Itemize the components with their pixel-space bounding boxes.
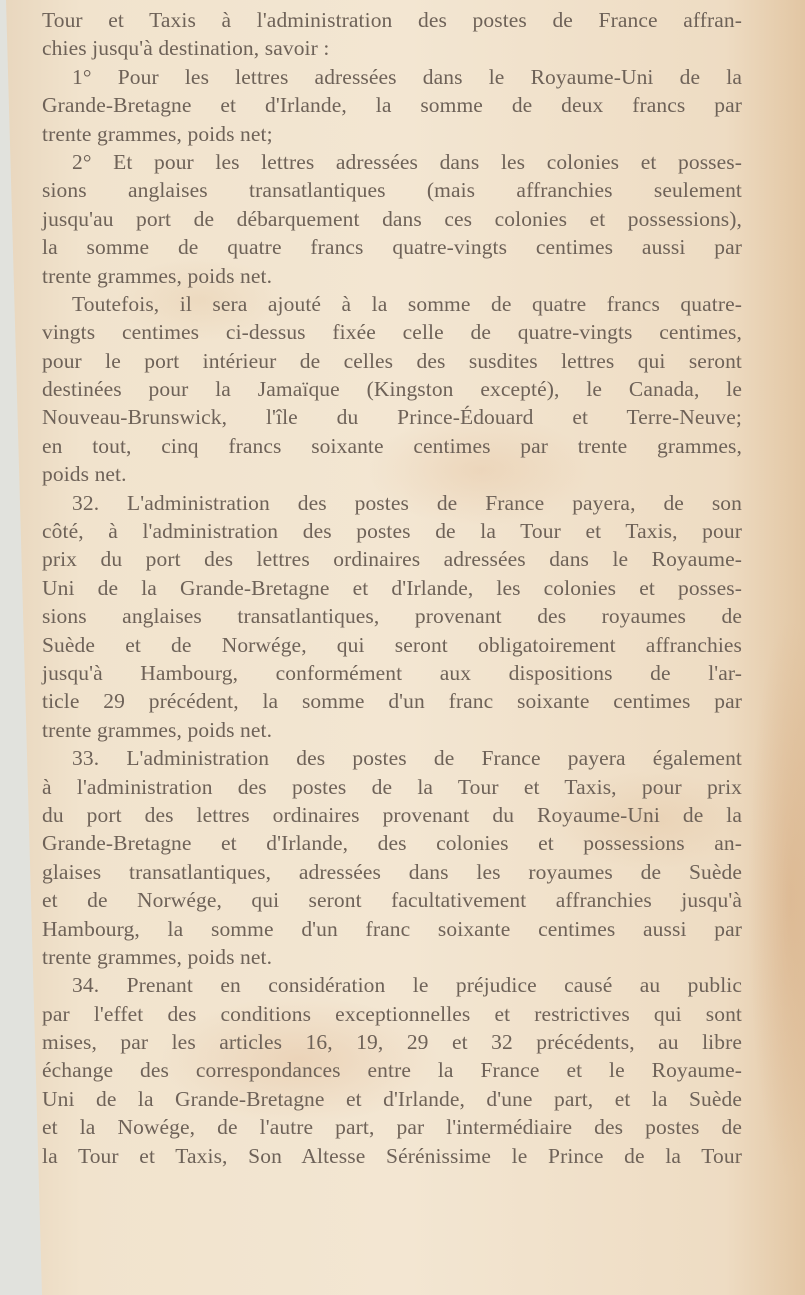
text-line: Uni de la Grande-Bretagne et d'Irlande, …	[42, 574, 742, 602]
text-line: Grande-Bretagne et d'Irlande, des coloni…	[42, 829, 742, 857]
text-line: 33. L'administration des postes de Franc…	[42, 744, 742, 772]
text-line: trente grammes, poids net.	[42, 262, 742, 290]
text-line: prix du port des lettres ordinaires adre…	[42, 545, 742, 573]
text-line: pour le port intérieur de celles des sus…	[42, 347, 742, 375]
text-line: la Tour et Taxis, Son Altesse Sérénissim…	[42, 1142, 742, 1170]
text-line: en tout, cinq francs soixante centimes p…	[42, 432, 742, 460]
text-line: Tour et Taxis à l'administration des pos…	[42, 6, 742, 34]
text-line: Suède et de Norwége, qui seront obligato…	[42, 631, 742, 659]
text-line: mises, par les articles 16, 19, 29 et 32…	[42, 1028, 742, 1056]
text-line: sions anglaises transatlantiques (mais a…	[42, 176, 742, 204]
text-line: jusqu'à Hambourg, conformément aux dispo…	[42, 659, 742, 687]
text-line: sions anglaises transatlantiques, proven…	[42, 602, 742, 630]
text-line: Nouveau-Brunswick, l'île du Prince-Édoua…	[42, 403, 742, 431]
text-line: ticle 29 précédent, la somme d'un franc …	[42, 687, 742, 715]
text-line: Grande-Bretagne et d'Irlande, la somme d…	[42, 91, 742, 119]
text-line: trente grammes, poids net.	[42, 943, 742, 971]
text-line: trente grammes, poids net.	[42, 716, 742, 744]
text-line: côté, à l'administration des postes de l…	[42, 517, 742, 545]
text-line: Toutefois, il sera ajouté à la somme de …	[42, 290, 742, 318]
text-line: à l'administration des postes de la Tour…	[42, 773, 742, 801]
text-line: et de Norwége, qui seront facultativemen…	[42, 886, 742, 914]
text-line: échange des correspondances entre la Fra…	[42, 1056, 742, 1084]
text-line: 34. Prenant en considération le préjudic…	[42, 971, 742, 999]
text-line: vingts centimes ci-dessus fixée celle de…	[42, 318, 742, 346]
text-line: trente grammes, poids net;	[42, 120, 742, 148]
text-line: par l'effet des conditions exceptionnell…	[42, 1000, 742, 1028]
text-line: Uni de la Grande-Bretagne et d'Irlande, …	[42, 1085, 742, 1113]
text-line: jusqu'au port de débarquement dans ces c…	[42, 205, 742, 233]
text-line: du port des lettres ordinaires provenant…	[42, 801, 742, 829]
text-line: et la Nowége, de l'autre part, par l'int…	[42, 1113, 742, 1141]
text-line: destinées pour la Jamaïque (Kingston exc…	[42, 375, 742, 403]
text-line: glaises transatlantiques, adressées dans…	[42, 858, 742, 886]
text-line: la somme de quatre francs quatre-vingts …	[42, 233, 742, 261]
text-line: 32. L'administration des postes de Franc…	[42, 489, 742, 517]
scanned-page: Tour et Taxis à l'administration des pos…	[0, 0, 805, 1295]
body-text: Tour et Taxis à l'administration des pos…	[42, 6, 742, 1170]
text-line: poids net.	[42, 460, 742, 488]
text-line: chies jusqu'à destination, savoir :	[42, 34, 742, 62]
text-line: 2° Et pour les lettres adressées dans le…	[42, 148, 742, 176]
text-line: 1° Pour les lettres adressées dans le Ro…	[42, 63, 742, 91]
text-line: Hambourg, la somme d'un franc soixante c…	[42, 915, 742, 943]
